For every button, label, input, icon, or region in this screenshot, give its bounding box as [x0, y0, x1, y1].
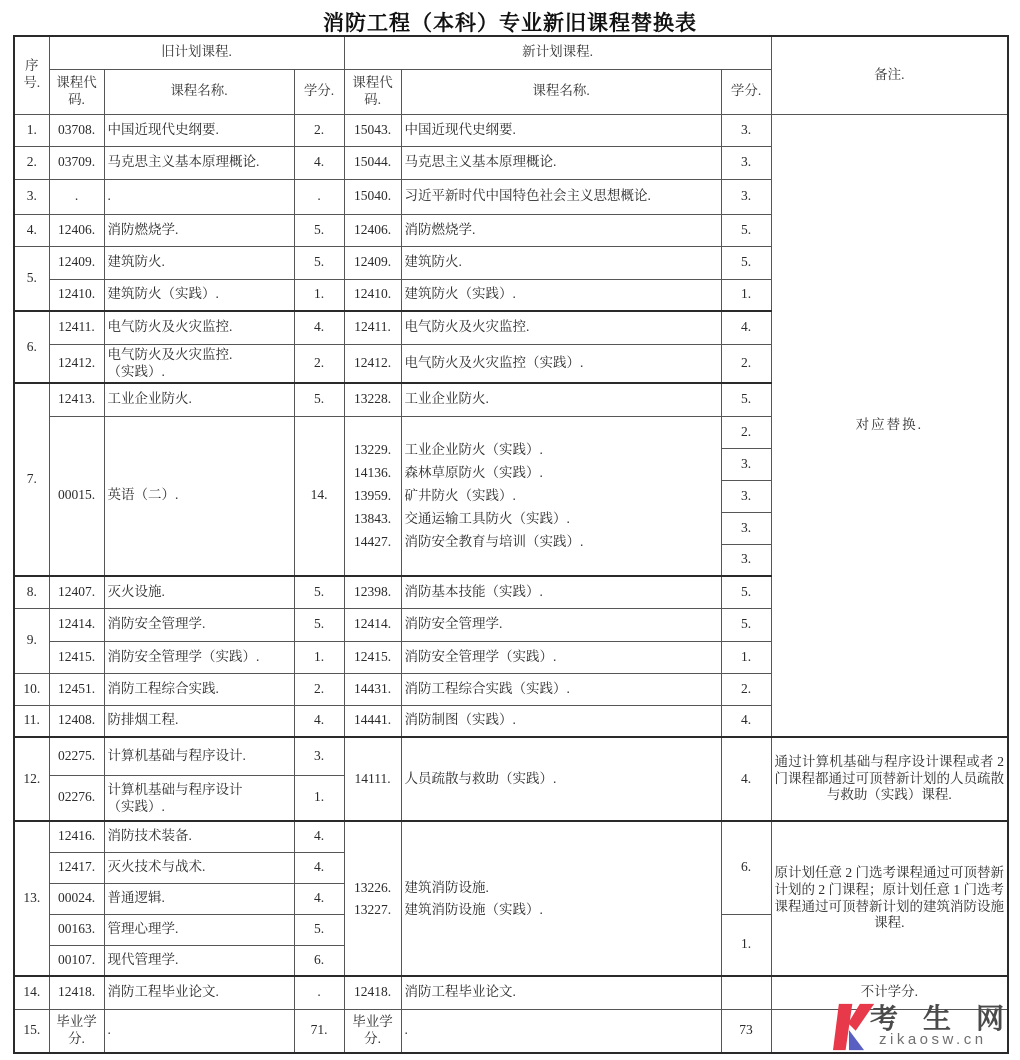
r8-seq: 8. [14, 576, 49, 608]
r13-old-code-4: 00163. [49, 914, 104, 945]
r8-old-credit: 5. [294, 576, 344, 608]
r7a-new-name: 工业企业防火. [401, 383, 721, 416]
r9a-new-credit: 5. [721, 608, 771, 641]
r7a-new-code: 13228. [344, 383, 401, 416]
r7b-old-credit: 14. [294, 416, 344, 576]
course-name-line: 建筑消防设施. [405, 877, 718, 899]
r1-seq: 1. [14, 114, 49, 146]
r7b-new-names: 工业企业防火（实践）. 森林草原防火（实践）. 矿井防火（实践）. 交通运输工具… [401, 416, 721, 576]
r12a-old-credit: 3. [294, 737, 344, 775]
r7a-old-code: 12413. [49, 383, 104, 416]
r5a-new-name: 建筑防火. [401, 246, 721, 279]
r13-old-name-2: 灭火技术与战术. [104, 852, 294, 883]
r15-seq: 15. [14, 1009, 49, 1053]
zikaosw-logo-icon [833, 1002, 875, 1052]
r1-old-name: 中国近现代史纲要. [104, 114, 294, 146]
r15-old-code: 毕业学分. [49, 1009, 104, 1053]
r8-old-code: 12407. [49, 576, 104, 608]
r4-new-code: 12406. [344, 214, 401, 246]
r1-new-credit: 3. [721, 114, 771, 146]
r2-new-credit: 3. [721, 146, 771, 179]
course-code-line: 14427. [348, 530, 398, 553]
course-code-line: 13226. [348, 877, 398, 899]
r10-old-name: 消防工程综合实践. [104, 673, 294, 705]
r1-old-code: 03708. [49, 114, 104, 146]
r14-new-name: 消防工程毕业论文. [401, 976, 721, 1009]
r9-seq: 9. [14, 608, 49, 673]
r15-new-code: 毕业学分. [344, 1009, 401, 1053]
r13-new-credit-top: 6. [721, 821, 771, 914]
r9b-old-name: 消防安全管理学（实践）. [104, 641, 294, 673]
r6a-old-credit: 4. [294, 311, 344, 344]
r13-old-name-5: 现代管理学. [104, 945, 294, 976]
r7b-new-credit-1: 2. [721, 416, 771, 448]
r2-old-credit: 4. [294, 146, 344, 179]
r6b-new-name: 电气防火及火灾监控（实践）. [401, 344, 721, 383]
r5b-new-code: 12410. [344, 279, 401, 311]
r14-old-name: 消防工程毕业论文. [104, 976, 294, 1009]
r3-old-name: . [104, 179, 294, 214]
r14-old-code: 12418. [49, 976, 104, 1009]
r10-new-credit: 2. [721, 673, 771, 705]
r9b-new-code: 12415. [344, 641, 401, 673]
r7b-new-credit-3: 3. [721, 480, 771, 512]
header-old-credit: 学分. [294, 69, 344, 114]
r5a-new-credit: 5. [721, 246, 771, 279]
r6b-new-credit: 2. [721, 344, 771, 383]
course-name-line: （实践）. [108, 363, 291, 380]
r4-new-credit: 5. [721, 214, 771, 246]
header-old-plan: 旧计划课程. [49, 36, 344, 69]
r7b-new-credit-5: 3. [721, 544, 771, 576]
r2-seq: 2. [14, 146, 49, 179]
r11-seq: 11. [14, 705, 49, 737]
r14-new-code: 12418. [344, 976, 401, 1009]
r9a-new-code: 12414. [344, 608, 401, 641]
header-seq: 序号. [14, 36, 49, 114]
r2-new-name: 马克思主义基本原理概论. [401, 146, 721, 179]
r3-old-credit: . [294, 179, 344, 214]
r7b-old-name: 英语（二）. [104, 416, 294, 576]
r6a-old-name: 电气防火及火灾监控. [104, 311, 294, 344]
course-name-line: 电气防火及火灾监控. [108, 346, 291, 363]
r13-old-credit-3: 4. [294, 883, 344, 914]
course-name-line: （实践）. [108, 798, 291, 815]
r15-new-credit: 73 [721, 1009, 771, 1053]
r8-new-name: 消防基本技能（实践）. [401, 576, 721, 608]
r1-new-name: 中国近现代史纲要. [401, 114, 721, 146]
remark-row-12: 通过计算机基础与程序设计课程或者 2 门课程都通过可顶替新计划的人员疏散与救助（… [771, 737, 1008, 821]
r12-new-credit: 4. [721, 737, 771, 821]
r10-old-credit: 2. [294, 673, 344, 705]
r2-old-code: 03709. [49, 146, 104, 179]
header-new-plan: 新计划课程. [344, 36, 771, 69]
r11-old-name: 防排烟工程. [104, 705, 294, 737]
r9a-old-code: 12414. [49, 608, 104, 641]
r3-seq: 3. [14, 179, 49, 214]
r13-old-credit-5: 6. [294, 945, 344, 976]
r6a-new-credit: 4. [721, 311, 771, 344]
r4-old-code: 12406. [49, 214, 104, 246]
r3-new-name: 习近平新时代中国特色社会主义思想概论. [401, 179, 721, 214]
r6a-new-code: 12411. [344, 311, 401, 344]
r13-seq: 13. [14, 821, 49, 976]
course-code-line: 13959. [348, 484, 398, 507]
r5a-old-credit: 5. [294, 246, 344, 279]
r8-old-name: 灭火设施. [104, 576, 294, 608]
r6-seq: 6. [14, 311, 49, 383]
r10-seq: 10. [14, 673, 49, 705]
r11-new-name: 消防制图（实践）. [401, 705, 721, 737]
r13-old-code-2: 12417. [49, 852, 104, 883]
r3-new-credit: 3. [721, 179, 771, 214]
r7a-old-credit: 5. [294, 383, 344, 416]
r13-old-name-4: 管理心理学. [104, 914, 294, 945]
r1-new-code: 15043. [344, 114, 401, 146]
r9a-new-name: 消防安全管理学. [401, 608, 721, 641]
r9b-new-name: 消防安全管理学（实践）. [401, 641, 721, 673]
r12-seq: 12. [14, 737, 49, 821]
r2-old-name: 马克思主义基本原理概论. [104, 146, 294, 179]
remark-rows-1-11: 对应替换. [771, 114, 1008, 737]
r4-seq: 4. [14, 214, 49, 246]
course-replacement-table: 序号. 旧计划课程. 新计划课程. 备注. 课程代码. 课程名称. 学分. 课程… [13, 35, 1009, 1054]
course-name-line: 工业企业防火（实践）. [405, 438, 718, 461]
r7a-old-name: 工业企业防火. [104, 383, 294, 416]
r13-new-credit-bottom: 1. [721, 914, 771, 976]
course-name-line: 建筑消防设施（实践）. [405, 899, 718, 921]
r15-new-name: . [401, 1009, 721, 1053]
r5b-old-credit: 1. [294, 279, 344, 311]
course-code-line: 13229. [348, 438, 398, 461]
course-code-line: 14136. [348, 461, 398, 484]
header-old-code: 课程代码. [49, 69, 104, 114]
course-name-line: 计算机基础与程序设计 [108, 781, 291, 798]
r6a-new-name: 电气防火及火灾监控. [401, 311, 721, 344]
r6a-old-code: 12411. [49, 311, 104, 344]
header-new-name: 课程名称. [401, 69, 721, 114]
r3-new-code: 15040. [344, 179, 401, 214]
r8-new-credit: 5. [721, 576, 771, 608]
r4-old-credit: 5. [294, 214, 344, 246]
r5b-new-name: 建筑防火（实践）. [401, 279, 721, 311]
r4-old-name: 消防燃烧学. [104, 214, 294, 246]
watermark-site-url: zikaosw.cn [879, 1031, 987, 1048]
remark-row-13: 原计划任意 2 门选考课程通过可顶替新计划的 2 门课程；原计划任意 1 门选考… [771, 821, 1008, 976]
r7a-new-credit: 5. [721, 383, 771, 416]
r10-new-name: 消防工程综合实践（实践）. [401, 673, 721, 705]
r6b-old-name: 电气防火及火灾监控. （实践）. [104, 344, 294, 383]
r11-old-code: 12408. [49, 705, 104, 737]
r13-old-code-3: 00024. [49, 883, 104, 914]
r13-old-code-1: 12416. [49, 821, 104, 852]
r14-old-credit: . [294, 976, 344, 1009]
r10-old-code: 12451. [49, 673, 104, 705]
r6b-old-code: 12412. [49, 344, 104, 383]
r12-new-name: 人员疏散与救助（实践）. [401, 737, 721, 821]
r13-old-name-1: 消防技术装备. [104, 821, 294, 852]
r5a-old-code: 12409. [49, 246, 104, 279]
header-remark: 备注. [771, 36, 1008, 114]
r13-new-names: 建筑消防设施. 建筑消防设施（实践）. [401, 821, 721, 976]
zikaosw-watermark: 考生网 zikaosw.cn [833, 998, 1018, 1058]
course-name-line: 森林草原防火（实践）. [405, 461, 718, 484]
r13-old-credit-4: 5. [294, 914, 344, 945]
r2-new-code: 15044. [344, 146, 401, 179]
course-code-line: 13843. [348, 507, 398, 530]
r9a-old-name: 消防安全管理学. [104, 608, 294, 641]
r7-seq: 7. [14, 383, 49, 576]
r15-old-name: . [104, 1009, 294, 1053]
r12-new-code: 14111. [344, 737, 401, 821]
r12a-old-code: 02275. [49, 737, 104, 775]
header-new-code: 课程代码. [344, 69, 401, 114]
r6b-new-code: 12412. [344, 344, 401, 383]
r11-new-credit: 4. [721, 705, 771, 737]
r15-old-credit: 71. [294, 1009, 344, 1053]
r10-new-code: 14431. [344, 673, 401, 705]
r14-new-credit [721, 976, 771, 1009]
r3-old-code: . [49, 179, 104, 214]
course-name-line: 交通运输工具防火（实践）. [405, 507, 718, 530]
r5b-old-name: 建筑防火（实践）. [104, 279, 294, 311]
r5-seq: 5. [14, 246, 49, 311]
course-name-line: 消防安全教育与培训（实践）. [405, 530, 718, 553]
r9b-new-credit: 1. [721, 641, 771, 673]
r7b-new-codes: 13229. 14136. 13959. 13843. 14427. [344, 416, 401, 576]
header-new-credit: 学分. [721, 69, 771, 114]
r14-seq: 14. [14, 976, 49, 1009]
r12b-old-credit: 1. [294, 775, 344, 821]
r4-new-name: 消防燃烧学. [401, 214, 721, 246]
r7b-new-credit-4: 3. [721, 512, 771, 544]
r5a-old-name: 建筑防火. [104, 246, 294, 279]
r9b-old-code: 12415. [49, 641, 104, 673]
r13-old-code-5: 00107. [49, 945, 104, 976]
r9b-old-credit: 1. [294, 641, 344, 673]
page-title: 消防工程（本科）专业新旧课程替换表 [0, 0, 1020, 35]
r1-old-credit: 2. [294, 114, 344, 146]
r12b-old-code: 02276. [49, 775, 104, 821]
course-name-line: 矿井防火（实践）. [405, 484, 718, 507]
r9a-old-credit: 5. [294, 608, 344, 641]
r13-new-codes: 13226. 13227. [344, 821, 401, 976]
course-code-line: 13227. [348, 899, 398, 921]
r12a-old-name: 计算机基础与程序设计. [104, 737, 294, 775]
r8-new-code: 12398. [344, 576, 401, 608]
r7b-old-code: 00015. [49, 416, 104, 576]
r5b-new-credit: 1. [721, 279, 771, 311]
r6b-old-credit: 2. [294, 344, 344, 383]
header-old-name: 课程名称. [104, 69, 294, 114]
r13-old-name-3: 普通逻辑. [104, 883, 294, 914]
r12b-old-name: 计算机基础与程序设计 （实践）. [104, 775, 294, 821]
r5b-old-code: 12410. [49, 279, 104, 311]
r11-new-code: 14441. [344, 705, 401, 737]
r13-old-credit-1: 4. [294, 821, 344, 852]
r11-old-credit: 4. [294, 705, 344, 737]
r5a-new-code: 12409. [344, 246, 401, 279]
r7b-new-credit-2: 3. [721, 448, 771, 480]
r13-old-credit-2: 4. [294, 852, 344, 883]
